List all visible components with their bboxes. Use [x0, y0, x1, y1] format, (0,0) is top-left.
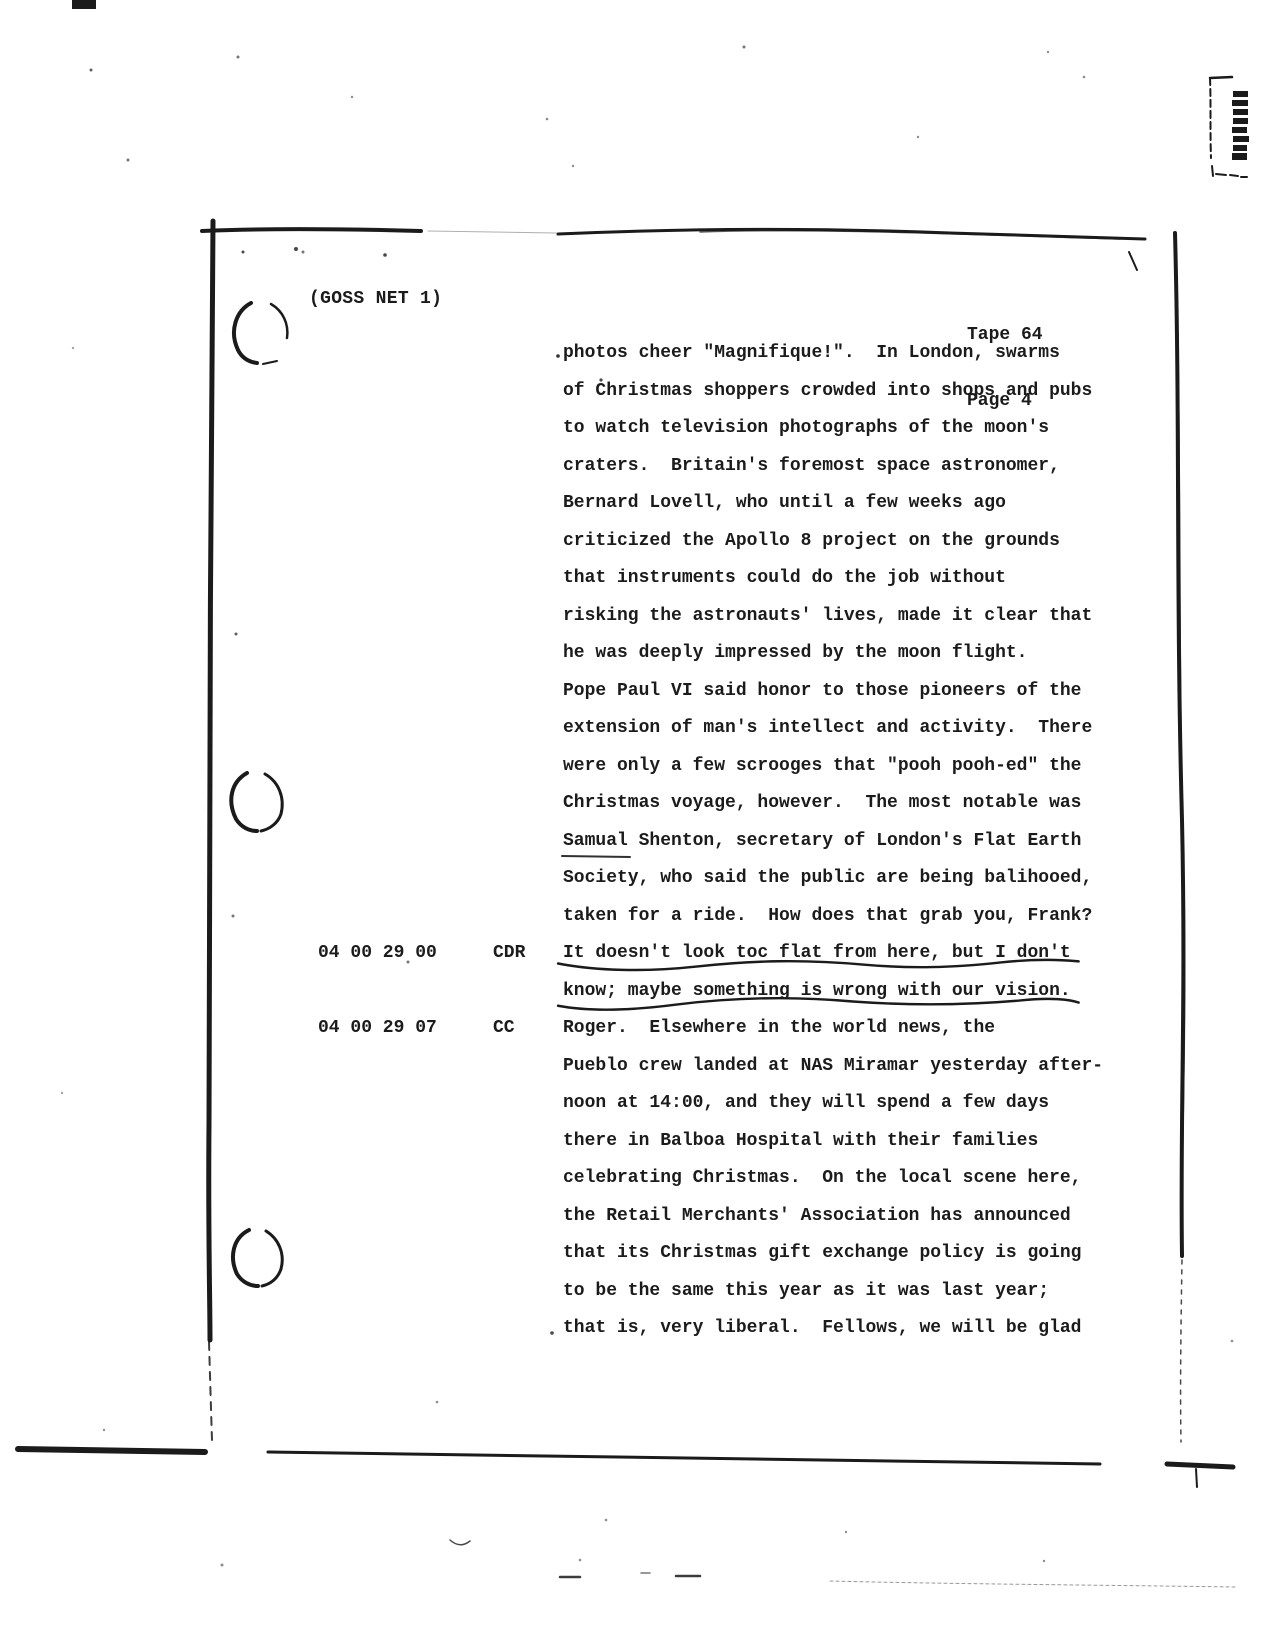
wavy-underline: [557, 955, 1080, 972]
transcript-row: that instruments could do the job withou…: [0, 560, 1275, 598]
transcript-row: extension of man's intellect and activit…: [0, 710, 1275, 748]
transcript-row: of Christmas shoppers crowded into shops…: [0, 373, 1275, 411]
transcript-line-text: Samual Shenton, secretary of London's Fl…: [563, 823, 1081, 861]
transcript-line-text: were only a few scrooges that "pooh pooh…: [563, 748, 1081, 786]
registration-marks: [1210, 77, 1249, 177]
transcript-line-text: the Retail Merchants' Association has an…: [563, 1198, 1071, 1236]
transcript-line-text: he was deeply impressed by the moon flig…: [563, 635, 1027, 673]
transcript-line-text: there in Balboa Hospital with their fami…: [563, 1123, 1038, 1161]
transcript-row: were only a few scrooges that "pooh pooh…: [0, 748, 1275, 786]
transcript-row: Samual Shenton, secretary of London's Fl…: [0, 823, 1275, 861]
scan-edge-mark: [72, 0, 96, 9]
transcript-line-text: taken for a ride. How does that grab you…: [563, 898, 1092, 936]
transcript-row: 04 00 29 07CCRoger. Elsewhere in the wor…: [0, 1010, 1275, 1048]
transcript-row: to be the same this year as it was last …: [0, 1273, 1275, 1311]
transcript-line-text: Bernard Lovell, who until a few weeks ag…: [563, 485, 1006, 523]
transcript-line-text: risking the astronauts' lives, made it c…: [563, 598, 1092, 636]
timestamp: 04 00 29 00: [318, 935, 437, 973]
transcript-row: that its Christmas gift exchange policy …: [0, 1235, 1275, 1273]
transcript-row: he was deeply impressed by the moon flig…: [0, 635, 1275, 673]
transcript-line-text: celebrating Christmas. On the local scen…: [563, 1160, 1081, 1198]
transcript-row: Society, who said the public are being b…: [0, 860, 1275, 898]
timestamp: 04 00 29 07: [318, 1010, 437, 1048]
transcript-line-text: of Christmas shoppers crowded into shops…: [563, 373, 1092, 411]
transcript-row: to watch television photographs of the m…: [0, 410, 1275, 448]
speaker-label: CC: [493, 1010, 515, 1048]
transcript-row: Pope Paul VI said honor to those pioneer…: [0, 673, 1275, 711]
transcript-line-text: Pope Paul VI said honor to those pioneer…: [563, 673, 1081, 711]
transcript-row: noon at 14:00, and they will spend a few…: [0, 1085, 1275, 1123]
transcript-line-text: that instruments could do the job withou…: [563, 560, 1006, 598]
transcript-line-text: craters. Britain's foremost space astron…: [563, 448, 1060, 486]
transcript-row: 04 00 29 00CDRIt doesn't look toc flat f…: [0, 935, 1275, 973]
transcript-row: Pueblo crew landed at NAS Miramar yester…: [0, 1048, 1275, 1086]
transcript-row: that is, very liberal. Fellows, we will …: [0, 1310, 1275, 1348]
scanned-transcript-page: (GOSS NET 1) Tape 64 Page 4 photos cheer…: [0, 0, 1275, 1652]
bottom-border-line: [18, 1449, 1233, 1487]
transcript-row: Christmas voyage, however. The most nota…: [0, 785, 1275, 823]
top-border-line: [202, 229, 1145, 239]
transcript-row: the Retail Merchants' Association has an…: [0, 1198, 1275, 1236]
transcript-row: there in Balboa Hospital with their fami…: [0, 1123, 1275, 1161]
transcript-line-text: photos cheer "Magnifique!". In London, s…: [563, 335, 1060, 373]
transcript-row: photos cheer "Magnifique!". In London, s…: [0, 335, 1275, 373]
transcript-line-text: extension of man's intellect and activit…: [563, 710, 1092, 748]
transcript-line-text: know; maybe something is wrong with our …: [563, 973, 1071, 1011]
transcript-lines: photos cheer "Magnifique!". In London, s…: [0, 335, 1275, 1348]
transcript-row: criticized the Apollo 8 project on the g…: [0, 523, 1275, 561]
transcript-row: taken for a ride. How does that grab you…: [0, 898, 1275, 936]
transcript-line-text: that is, very liberal. Fellows, we will …: [563, 1310, 1081, 1348]
transcript-row: know; maybe something is wrong with our …: [0, 973, 1275, 1011]
transcript-line-text: Pueblo crew landed at NAS Miramar yester…: [563, 1048, 1103, 1086]
transcript-line-text: Society, who said the public are being b…: [563, 860, 1092, 898]
transcript-row: craters. Britain's foremost space astron…: [0, 448, 1275, 486]
bottom-stray-marks: [450, 1540, 1235, 1587]
transcript-row: Bernard Lovell, who until a few weeks ag…: [0, 485, 1275, 523]
wavy-underline: [557, 993, 1080, 1010]
transcript-line-text: Christmas voyage, however. The most nota…: [563, 785, 1081, 823]
transcript-line-text: noon at 14:00, and they will spend a few…: [563, 1085, 1049, 1123]
stray-pen-mark: [1129, 252, 1137, 270]
transcript-line-text: Roger. Elsewhere in the world news, the: [563, 1010, 995, 1048]
transcript-row: celebrating Christmas. On the local scen…: [0, 1160, 1275, 1198]
transcript-line-text: that its Christmas gift exchange policy …: [563, 1235, 1081, 1273]
transcript-line-text: criticized the Apollo 8 project on the g…: [563, 523, 1060, 561]
speaker-label: CDR: [493, 935, 525, 973]
net-label: (GOSS NET 1): [309, 289, 442, 309]
transcript-row: risking the astronauts' lives, made it c…: [0, 598, 1275, 636]
transcript-line-text: to be the same this year as it was last …: [563, 1273, 1049, 1311]
transcript-line-text: to watch television photographs of the m…: [563, 410, 1049, 448]
transcript-line-text: It doesn't look toc flat from here, but …: [563, 935, 1071, 973]
